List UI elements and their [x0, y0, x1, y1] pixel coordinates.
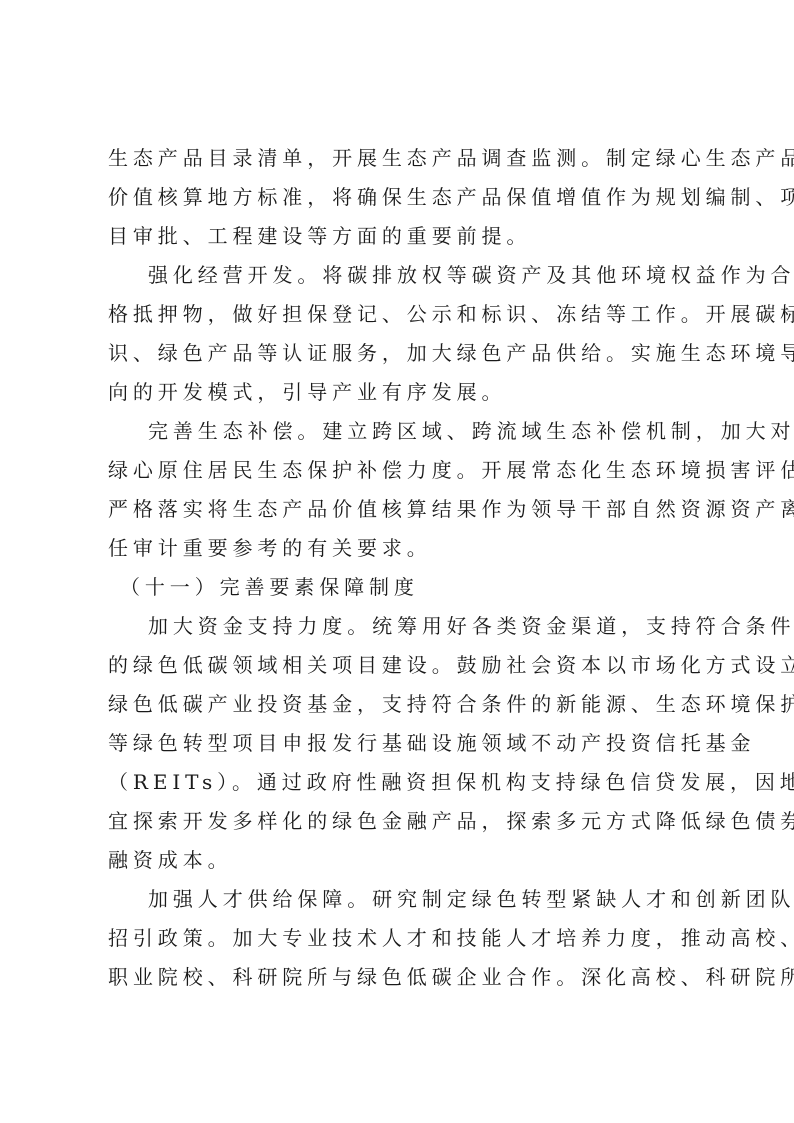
- text-line: 加大资金支持力度。统筹用好各类资金渠道，支持符合条件: [108, 607, 674, 646]
- section-heading: （十一）完善要素保障制度: [108, 568, 674, 607]
- text-line: 强化经营开发。将碳排放权等碳资产及其他环境权益作为合: [108, 256, 674, 295]
- paragraph-lead: 加大资金支持力度。: [148, 614, 372, 638]
- paragraph-talent-supply: 加强人才供给保障。研究制定绿色转型紧缺人才和创新团队 招引政策。加大专业技术人才…: [108, 880, 674, 997]
- text-line: 加强人才供给保障。研究制定绿色转型紧缺人才和创新团队: [108, 880, 674, 919]
- text-line: 识、绿色产品等认证服务，加大绿色产品供给。实施生态环境导: [108, 334, 674, 373]
- text-line: 格抵押物，做好担保登记、公示和标识、冻结等工作。开展碳标: [108, 295, 674, 334]
- paragraph-strengthen-operation: 强化经营开发。将碳排放权等碳资产及其他环境权益作为合 格抵押物，做好担保登记、公…: [108, 256, 674, 412]
- text-line: 绿心原住居民生态保护补偿力度。开展常态化生态环境损害评估，: [108, 451, 674, 490]
- document-page: 生态产品目录清单，开展生态产品调查监测。制定绿心生态产品 价值核算地方标准，将确…: [108, 139, 674, 997]
- text-line: 生态产品目录清单，开展生态产品调查监测。制定绿心生态产品: [108, 139, 674, 178]
- text-line: 融资成本。: [108, 841, 674, 880]
- text-line: 目审批、工程建设等方面的重要前提。: [108, 217, 674, 256]
- text-line: 任审计重要参考的有关要求。: [108, 529, 674, 568]
- text-line: 向的开发模式，引导产业有序发展。: [108, 373, 674, 412]
- text-line: 绿色低碳产业投资基金，支持符合条件的新能源、生态环境保护: [108, 685, 674, 724]
- paragraph-ecological-product-catalog: 生态产品目录清单，开展生态产品调查监测。制定绿心生态产品 价值核算地方标准，将确…: [108, 139, 674, 256]
- text-line: 招引政策。加大专业技术人才和技能人才培养力度，推动高校、: [108, 919, 674, 958]
- paragraph-ecological-compensation: 完善生态补偿。建立跨区域、跨流域生态补偿机制，加大对 绿心原住居民生态保护补偿力…: [108, 412, 674, 568]
- paragraph-lead: 强化经营开发。: [148, 263, 322, 287]
- text-line: （REITs）。通过政府性融资担保机构支持绿色信贷发展，因地制: [108, 763, 674, 802]
- paragraph-lead: 加强人才供给保障。: [148, 887, 372, 911]
- text-line: 价值核算地方标准，将确保生态产品保值增值作为规划编制、项: [108, 178, 674, 217]
- text-line: 的绿色低碳领域相关项目建设。鼓励社会资本以市场化方式设立: [108, 646, 674, 685]
- text-line: 完善生态补偿。建立跨区域、跨流域生态补偿机制，加大对: [108, 412, 674, 451]
- text-line: 严格落实将生态产品价值核算结果作为领导干部自然资源资产离: [108, 490, 674, 529]
- text-line: 等绿色转型项目申报发行基础设施领域不动产投资信托基金: [108, 724, 674, 763]
- paragraph-lead: 完善生态补偿。: [148, 419, 322, 443]
- text-line: 宜探索开发多样化的绿色金融产品，探索多元方式降低绿色债券: [108, 802, 674, 841]
- paragraph-funding-support: 加大资金支持力度。统筹用好各类资金渠道，支持符合条件 的绿色低碳领域相关项目建设…: [108, 607, 674, 880]
- text-line: 职业院校、科研院所与绿色低碳企业合作。深化高校、科研院所: [108, 958, 674, 997]
